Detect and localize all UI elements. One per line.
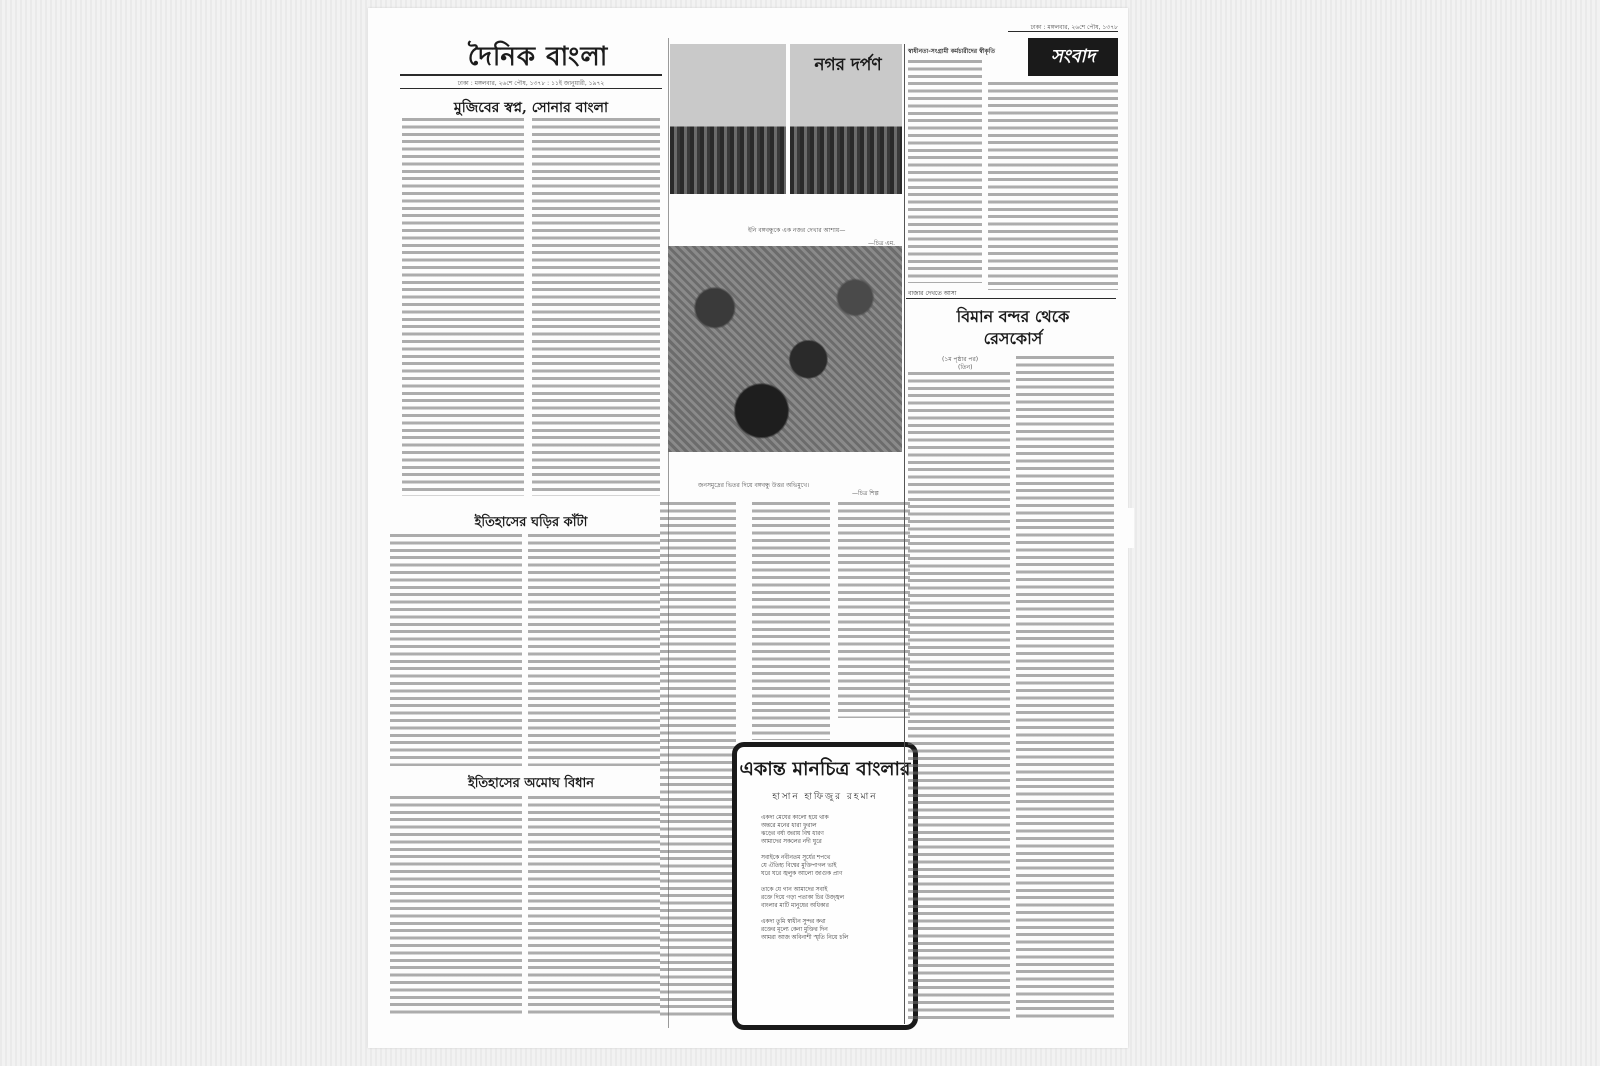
article-body-column xyxy=(752,500,830,740)
article-body-column xyxy=(390,794,522,1014)
poem-line: অন্তরে মনের ধারা ফুরাল xyxy=(761,822,899,830)
section-rule xyxy=(906,298,1116,299)
poem-line: আমরা আজ অবিনাশী স্মৃতি নিয়ে চলি xyxy=(761,934,899,942)
poem-line: ঝড়ের বর্ষা জরায় বিশ্ব ধারণ xyxy=(761,830,899,838)
article-body-column xyxy=(908,370,1010,1020)
masthead-rule-top xyxy=(400,74,662,76)
article-body-column xyxy=(838,500,910,718)
poem-line: যে ঐতিহ্য বিশ্বের মুক্তিপাগল ভাই xyxy=(761,862,899,870)
article-body-column xyxy=(528,794,660,1014)
sidebar-heading: স্বাধীনতা-সংগ্রামী কর্মচারীদের স্বীকৃতি xyxy=(908,46,995,57)
poem-line: রক্তে দিয়ে গড়া পতাকা চির উজ্জ্বল xyxy=(761,894,899,902)
poem-line: একদা তুমি স্বাধীন সুন্দর কথা xyxy=(761,918,899,926)
poem-line: তাকে যে গান আমাদের সবাই xyxy=(761,886,899,894)
masthead-rule-bottom xyxy=(400,88,662,89)
article-body-column xyxy=(1016,354,1114,1020)
poem-line xyxy=(761,910,899,918)
feature-title-nagar-darpan: নগর দর্পণ xyxy=(796,52,900,80)
article-body-column xyxy=(402,116,524,496)
poem-line xyxy=(761,878,899,886)
poem-line: সবাইকে নবীনতম সুর্যের শপথে xyxy=(761,854,899,862)
photo-caption: ইনি বঙ্গবন্ধুকে এক নজর দেখার আশায়— xyxy=(748,225,845,236)
poem-body: একদা মেঘের কালো হয়ে থাক অন্তরে মনের ধার… xyxy=(737,804,913,942)
poem-line: বাংলার মাটি মানুষের অধিকার xyxy=(761,902,899,910)
column-rule xyxy=(904,44,905,1024)
article-body-column xyxy=(390,532,522,766)
dateline-rule xyxy=(1008,31,1118,32)
poem-line: একদা মেঘের কালো হয়ে থাক xyxy=(761,814,899,822)
poem-author: হাসান হাফিজুর রহমান xyxy=(737,789,913,804)
article-headline: ইতিহাসের ঘড়ির কাঁটা xyxy=(400,513,662,534)
article-body-column xyxy=(660,500,736,1020)
masthead-sangbad-logo: সংবাদ xyxy=(1028,38,1118,76)
article-headline: ইতিহাসের অমোঘ বিধান xyxy=(400,774,662,795)
torn-edge xyxy=(1124,508,1134,548)
article-body-column xyxy=(528,532,660,766)
article-body-column xyxy=(908,58,982,283)
photo-caption: জনসমুদ্রের ভিতর দিয়ে বঙ্গবন্ধু উত্তর অভ… xyxy=(698,480,809,491)
photo-credit: —চিত্র শিল্প xyxy=(852,488,879,499)
poem-line xyxy=(761,846,899,854)
feature-headline: রেসকোর্স xyxy=(908,326,1118,353)
poem-line: রক্তের মূল্যে কেনা মুক্তির দিন xyxy=(761,926,899,934)
newspaper-page: দৈনিক বাংলা ঢাকা : মঙ্গলবার, ২৬শে পৌষ, ১… xyxy=(368,8,1128,1048)
poem-title: একান্ত মানচিত্র বাংলার xyxy=(737,755,913,787)
poem-box: একান্ত মানচিত্র বাংলার হাসান হাফিজুর রহম… xyxy=(732,742,918,1030)
photo-crowd-leader xyxy=(668,246,902,452)
article-body-column xyxy=(988,80,1118,290)
poem-line: ঘরে ঘরে জ্বলুক আলো জাগুক প্রাণ xyxy=(761,870,899,878)
article-body-column xyxy=(532,116,660,496)
poem-line: আমাদের সকলের নদী ঘুরে xyxy=(761,838,899,846)
photo-crowd-tree-left xyxy=(670,44,786,194)
